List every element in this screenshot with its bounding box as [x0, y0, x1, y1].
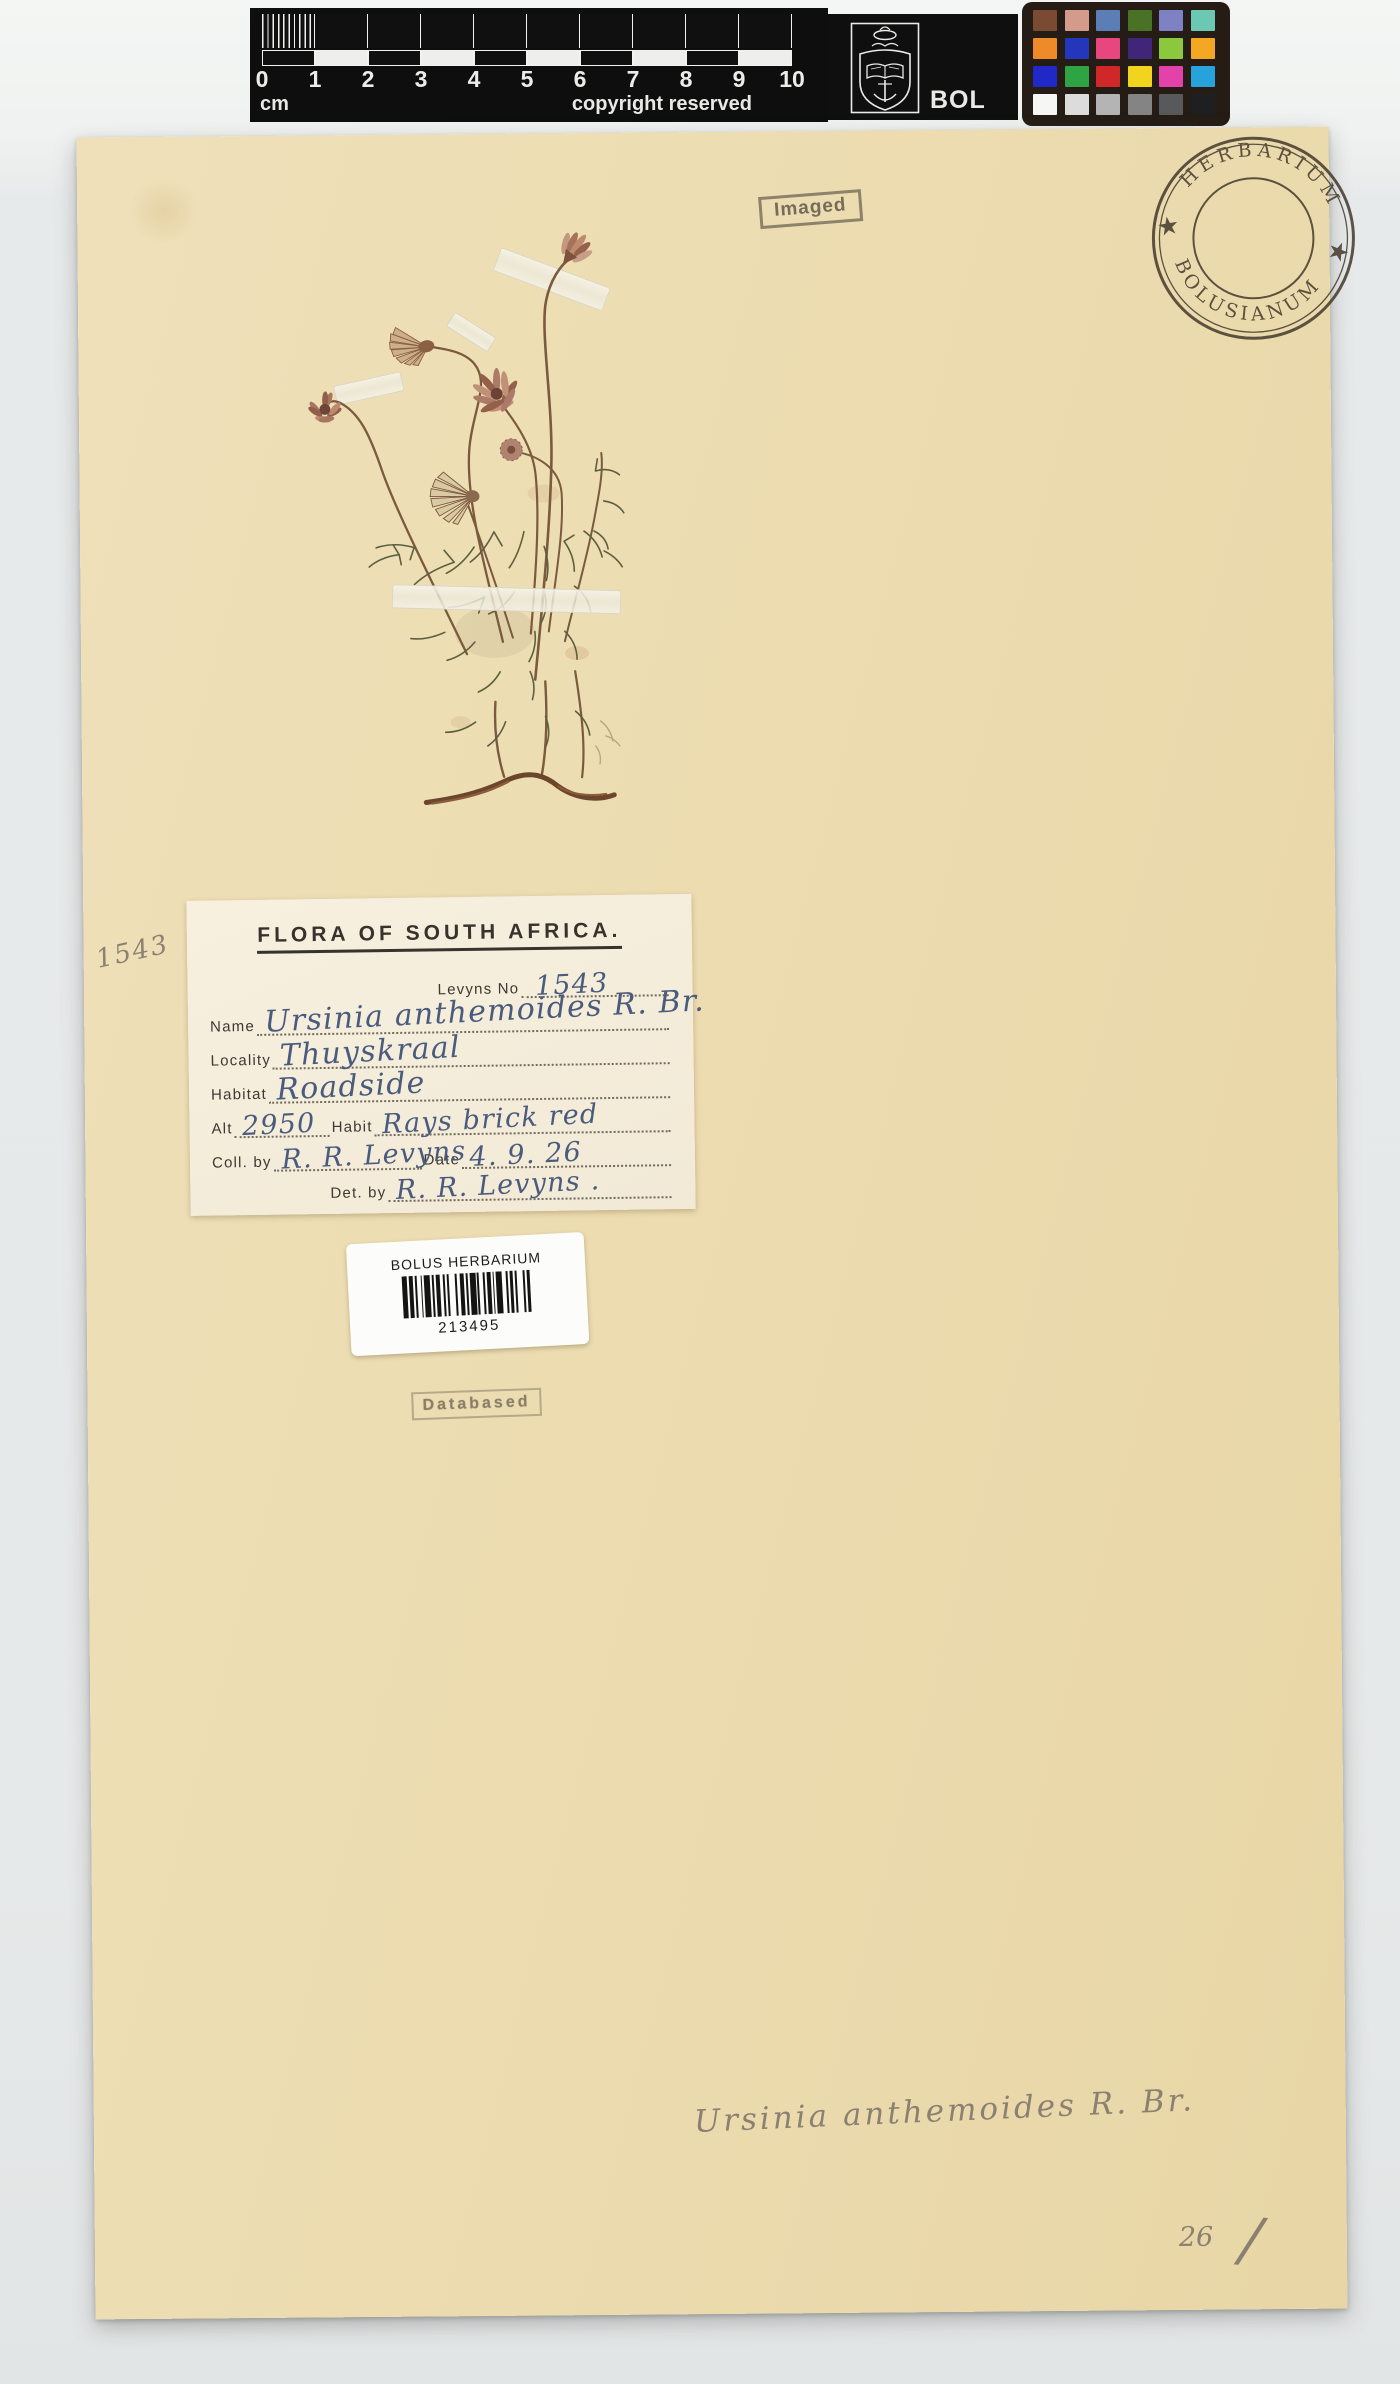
scale-number: 8 — [680, 66, 693, 93]
color-patch — [1159, 94, 1183, 115]
scale-number: 3 — [415, 66, 428, 93]
label-title: FLORA OF SOUTH AFRICA. — [187, 918, 692, 955]
alt-value: 2950 — [241, 1108, 316, 1143]
color-patch — [1191, 10, 1215, 31]
scale-bar-unit-label: cm — [260, 93, 289, 116]
alt-label: Alt — [211, 1120, 232, 1138]
scale-checker-cell — [633, 50, 686, 66]
color-patch — [1191, 66, 1215, 87]
name-label: Name — [210, 1018, 255, 1037]
color-patch — [1128, 66, 1152, 87]
scale-bar-cm-blocks — [262, 14, 792, 48]
habitat-label: Habitat — [211, 1086, 267, 1105]
color-patch — [1128, 38, 1152, 59]
scale-number: 2 — [362, 66, 375, 93]
barcode-label: BOLUS HERBARIUM 213495 — [346, 1232, 590, 1356]
det-by-value: R. R. Levyns . — [395, 1165, 601, 1206]
scale-bar: 012345678910 cm copyright reserved — [250, 8, 828, 122]
habit-value: Rays brick red — [381, 1099, 599, 1141]
flora-label: FLORA OF SOUTH AFRICA. Levyns No 1543 Na… — [186, 894, 695, 1216]
color-patch — [1159, 66, 1183, 87]
scale-checker-cell — [686, 50, 739, 66]
barcode — [401, 1270, 534, 1319]
databased-stamp: Databased — [411, 1388, 542, 1421]
scale-number: 7 — [627, 66, 640, 93]
determination-annotation: Ursinia anthemoides R. Br. — [693, 2074, 1374, 2140]
coll-date-row: Coll. by R. R. Levyns Date 4. 9. 26 — [212, 1146, 673, 1172]
color-patch — [1033, 66, 1057, 87]
color-patch — [1096, 38, 1120, 59]
coll-by-label: Coll. by — [212, 1154, 272, 1173]
scale-number: 0 — [256, 66, 269, 93]
color-patch — [1033, 10, 1057, 31]
sheet-slash-annotation: / — [1238, 2205, 1265, 2277]
scale-checker-cell — [262, 50, 315, 66]
coll-by-value: R. R. Levyns — [280, 1136, 466, 1176]
scale-bar-numbers: 012345678910 — [250, 66, 828, 96]
barcode-number: 213495 — [438, 1316, 501, 1336]
scale-bar-checker-row — [262, 50, 792, 66]
scale-checker-cell — [474, 50, 527, 66]
copyright-label: copyright reserved — [572, 93, 752, 116]
scale-bar-mm-ticks — [262, 14, 315, 48]
scale-checker-cell — [527, 50, 580, 66]
herbarium-bolusianum-stamp: HERBARIUM BOLUSIANUM ★ ★ — [1133, 118, 1374, 359]
habitat-value: Roadside — [275, 1065, 426, 1107]
color-chart — [1022, 2, 1230, 126]
alt-habit-row: Alt 2950 Habit Rays brick red — [211, 1112, 672, 1138]
scale-number: 10 — [779, 66, 805, 93]
paper-stain — [129, 178, 200, 243]
color-patch — [1191, 94, 1215, 115]
scale-checker-cell — [739, 50, 792, 66]
color-patch — [1065, 66, 1089, 87]
color-patch — [1128, 10, 1152, 31]
scale-number: 9 — [733, 66, 746, 93]
mounting-tape — [392, 585, 621, 614]
scale-checker-cell — [315, 50, 368, 66]
scale-checker-cell — [368, 50, 421, 66]
scale-checker-cell — [580, 50, 633, 66]
sheet-number-annotation: 26 — [1179, 2222, 1214, 2253]
color-patch — [1096, 66, 1120, 87]
color-patch — [1128, 94, 1152, 115]
pressed-plant-specimen — [241, 200, 687, 844]
color-patch — [1159, 38, 1183, 59]
scale-number: 4 — [468, 66, 481, 93]
habit-label: Habit — [332, 1118, 373, 1137]
herbarium-specimen-photo: 012345678910 cm copyright reserved BOL I… — [0, 0, 1400, 2384]
herbarium-sheet: Imaged HERBARIUM BOLUSIANUM ★ ★ — [77, 127, 1348, 2320]
color-patch — [1191, 38, 1215, 59]
scale-checker-cell — [421, 50, 474, 66]
color-patch — [1065, 10, 1089, 31]
det-row: Det. by R. R. Levyns . — [330, 1178, 673, 1203]
herbarium-code-label: BOL — [930, 86, 986, 115]
color-patch — [1159, 10, 1183, 31]
color-patch — [1065, 38, 1089, 59]
locality-row: Locality Thuyskraal — [210, 1044, 671, 1070]
stamp-left-star-icon: ★ — [1155, 210, 1182, 242]
det-by-label: Det. by — [330, 1184, 386, 1203]
imaged-stamp: Imaged — [758, 189, 863, 229]
scale-number: 6 — [574, 66, 587, 93]
locality-label: Locality — [210, 1052, 271, 1071]
color-patch — [1065, 94, 1089, 115]
margin-number: 1543 — [93, 929, 172, 974]
color-patch — [1033, 38, 1057, 59]
scale-number: 5 — [521, 66, 534, 93]
scale-number: 1 — [309, 66, 322, 93]
mounting-tape — [332, 247, 611, 405]
color-patch — [1096, 94, 1120, 115]
institution-block: BOL — [828, 14, 1018, 120]
plant-root — [426, 774, 614, 803]
habitat-row: Habitat Roadside — [211, 1078, 672, 1104]
color-patch — [1033, 94, 1057, 115]
university-crest-icon — [850, 22, 920, 114]
color-patch — [1096, 10, 1120, 31]
